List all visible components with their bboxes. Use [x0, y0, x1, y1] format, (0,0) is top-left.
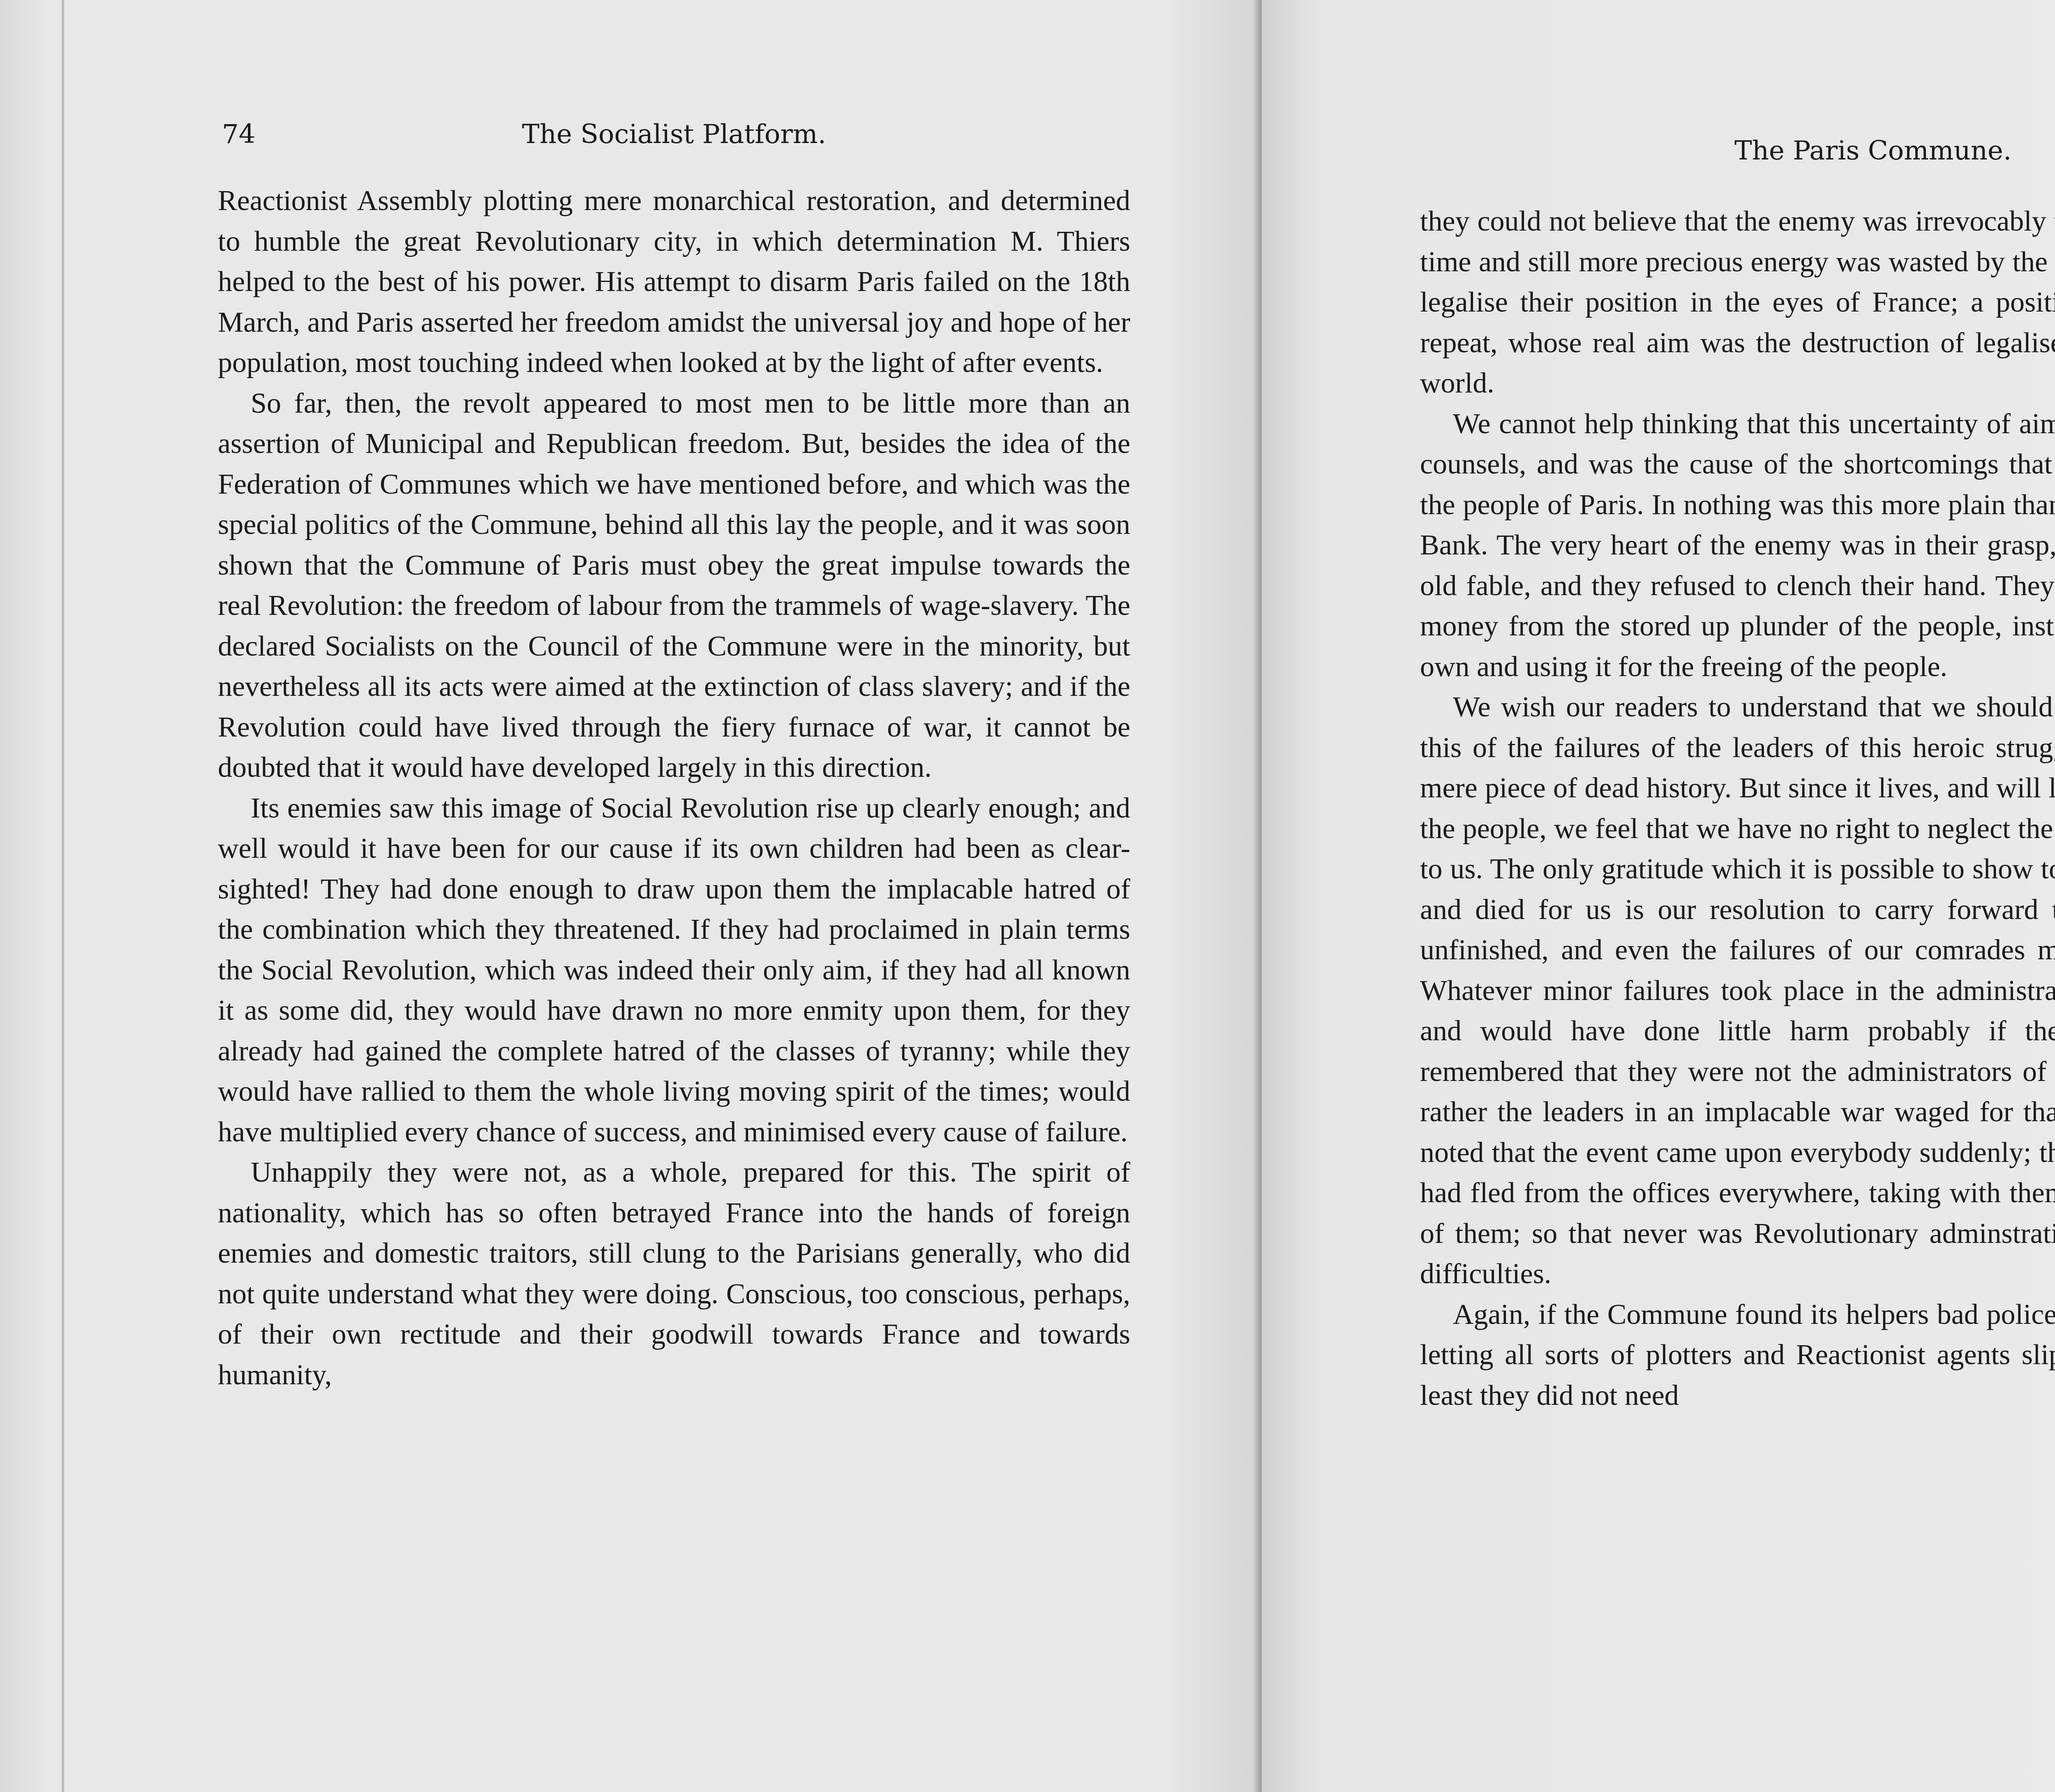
body-text: Reactionist Assembly plotting mere monar… [218, 181, 1130, 1395]
left-page: 74 The Socialist Platform. Reactionist A… [0, 0, 1262, 1792]
paragraph: Unhappily they were not, as a whole, pre… [218, 1152, 1130, 1395]
paragraph: We cannot help thinking that this uncert… [1420, 404, 2055, 688]
page-edge [62, 0, 64, 1792]
body-text: they could not believe that the enemy wa… [1420, 201, 2055, 1416]
paragraph: So far, then, the revolt appeared to mos… [218, 383, 1130, 788]
running-head: The Paris Commune. [1734, 136, 2011, 166]
paragraph: Reactionist Assembly plotting mere monar… [218, 181, 1130, 383]
right-page: The Paris Commune. 75 they could not bel… [1262, 0, 2055, 1792]
paragraph: Its enemies saw this image of Social Rev… [218, 788, 1130, 1153]
paragraph: We wish our readers to understand that w… [1420, 687, 2055, 1295]
running-head: The Socialist Platform. [522, 119, 826, 150]
paragraph: they could not believe that the enemy wa… [1420, 201, 2055, 404]
paragraph: Again, if the Commune found its helpers … [1420, 1295, 2055, 1416]
page-number: 74 [222, 119, 255, 150]
